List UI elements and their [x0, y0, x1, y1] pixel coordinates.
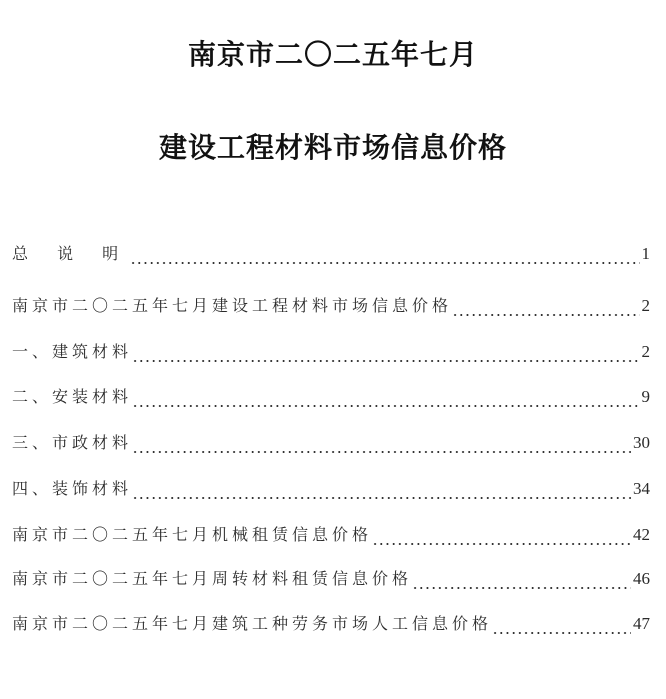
toc-entry-label: 二、安装材料	[12, 383, 132, 411]
dot-leader	[130, 240, 639, 268]
toc-entry-label: 南京市二〇二五年七月建设工程材料市场信息价格	[12, 292, 452, 320]
toc-entry-page-number: 46	[633, 565, 650, 593]
toc-entry-label: 三、市政材料	[12, 429, 132, 457]
toc-entry-page-number: 1	[642, 240, 651, 268]
toc-entry-page-number: 42	[633, 521, 650, 549]
toc-entry-decoration-materials[interactable]: 四、装饰材料 34	[12, 475, 650, 503]
toc-entry-turnover-materials-rental[interactable]: 南京市二〇二五年七月周转材料租赁信息价格 46	[12, 565, 650, 593]
dot-leader	[132, 383, 639, 411]
toc-entry-page-number: 34	[633, 475, 650, 503]
toc-entry-municipal-materials[interactable]: 三、市政材料 30	[12, 429, 650, 457]
toc-entry-page-number: 2	[642, 338, 651, 366]
toc-entry-label: 南京市二〇二五年七月周转材料租赁信息价格	[12, 565, 412, 593]
dot-leader	[132, 429, 631, 457]
toc-entry-page-number: 30	[633, 429, 650, 457]
toc-entry-label: 总 说 明	[12, 240, 130, 268]
document-title-line-2: 建设工程材料市场信息价格	[0, 131, 666, 165]
dot-leader	[492, 610, 631, 638]
toc-entry-material-prices[interactable]: 南京市二〇二五年七月建设工程材料市场信息价格 2	[12, 292, 650, 320]
dot-leader	[132, 338, 639, 366]
toc-entry-general-notes[interactable]: 总 说 明 1	[12, 240, 650, 268]
toc-entry-building-materials[interactable]: 一、建筑材料 2	[12, 338, 650, 366]
toc-entry-machinery-rental[interactable]: 南京市二〇二五年七月机械租赁信息价格 42	[12, 521, 650, 549]
toc-entry-page-number: 9	[642, 383, 651, 411]
toc-entry-label: 一、建筑材料	[12, 338, 132, 366]
toc-entry-label: 四、装饰材料	[12, 475, 132, 503]
toc-entry-label: 南京市二〇二五年七月建筑工种劳务市场人工信息价格	[12, 610, 492, 638]
toc-entry-page-number: 2	[642, 292, 651, 320]
dot-leader	[412, 565, 631, 593]
dot-leader	[132, 475, 631, 503]
dot-leader	[372, 521, 631, 549]
toc-entry-labor-prices[interactable]: 南京市二〇二五年七月建筑工种劳务市场人工信息价格 47	[12, 610, 650, 638]
dot-leader	[452, 292, 639, 320]
toc-entry-installation-materials[interactable]: 二、安装材料 9	[12, 383, 650, 411]
toc-entry-page-number: 47	[633, 610, 650, 638]
document-title-line-1: 南京市二〇二五年七月	[0, 38, 666, 72]
toc-entry-label: 南京市二〇二五年七月机械租赁信息价格	[12, 521, 372, 549]
